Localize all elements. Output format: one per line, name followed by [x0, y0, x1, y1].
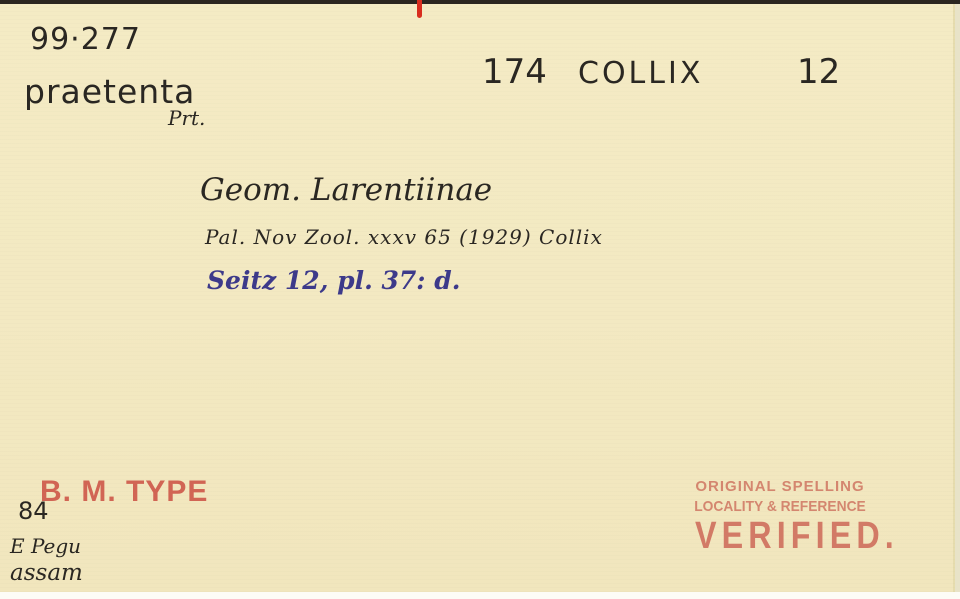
registration-number: 99·277 [30, 22, 141, 57]
family-subfamily: Geom. Larentiinae [200, 172, 492, 208]
red-tab-marker [417, 0, 422, 18]
author-abbreviation: Prt. [168, 106, 205, 130]
locality-place: E Pegu [10, 534, 81, 558]
reference-line-2: Seitz 12, pl. 37: d. [207, 266, 460, 295]
bm-type-stamp: B. M. TYPE [40, 475, 208, 509]
card-number: 174 [482, 52, 547, 92]
verification-line-2: LOCALITY & REFERENCE [688, 498, 872, 515]
verification-stamp: ORIGINAL SPELLING LOCALITY & REFERENCE V… [680, 478, 880, 558]
verification-line-3: VERIFIED. [695, 515, 865, 558]
locality-region: assam [10, 560, 83, 586]
card-right-edge [955, 4, 960, 592]
scan-bottom-edge [0, 592, 960, 599]
locality-code: 84 [18, 497, 49, 525]
reference-line-1: Pal. Nov Zool. xxxv 65 (1929) Collix [205, 225, 603, 249]
verification-line-1: ORIGINAL SPELLING [680, 478, 880, 495]
genus-name: COLLIX [578, 56, 703, 91]
genus-number: 12 [797, 52, 840, 92]
